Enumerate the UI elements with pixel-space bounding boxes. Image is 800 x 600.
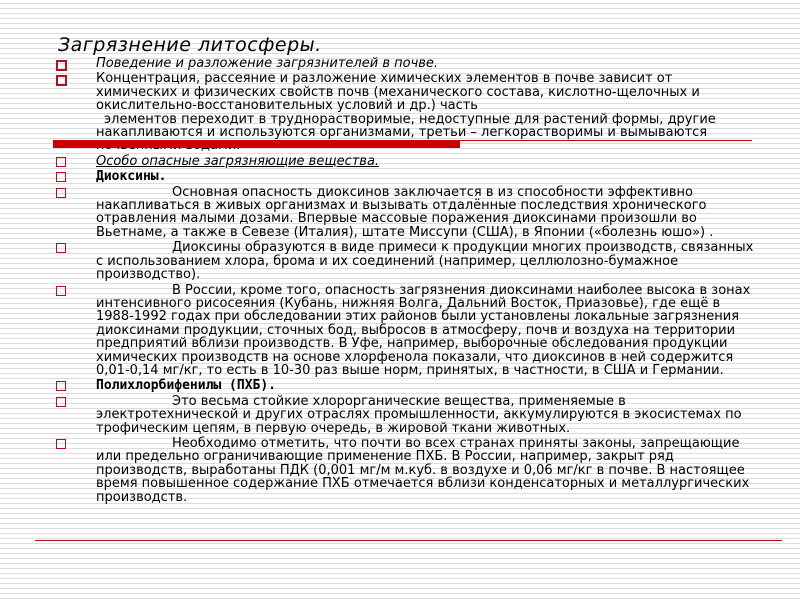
list-item: Необходимо отметить, что почти во всех с…	[56, 437, 756, 504]
item-heading: Диоксины.	[96, 169, 166, 184]
slide: Загрязнение литосферы. Поведение и разло…	[0, 0, 800, 600]
item-text: Основная опасность диоксинов заключается…	[96, 185, 713, 240]
square-bullet-icon	[56, 157, 66, 167]
decorative-red-bar	[53, 140, 460, 148]
square-bullet-icon	[56, 397, 66, 407]
square-bullet-icon	[56, 243, 66, 253]
square-bullet-icon	[56, 439, 66, 449]
bullet-list: Поведение и разложение загрязнителей в п…	[56, 57, 756, 506]
square-bullet-icon	[56, 75, 67, 86]
square-bullet-icon	[56, 381, 66, 391]
square-bullet-icon	[56, 188, 66, 198]
list-item: Поведение и разложение загрязнителей в п…	[56, 57, 756, 70]
square-bullet-icon	[56, 172, 66, 182]
item-text: Особо опасные загрязняющие вещества.	[96, 154, 379, 169]
list-item: В России, кроме того, опасность загрязне…	[56, 284, 756, 378]
list-item: Полихлорбифенилы (ПХБ).	[56, 379, 756, 392]
list-item: Основная опасность диоксинов заключается…	[56, 186, 756, 240]
item-heading: Полихлорбифенилы (ПХБ).	[96, 378, 276, 393]
square-bullet-icon	[56, 60, 67, 71]
square-bullet-icon	[56, 286, 66, 296]
item-text: Диоксины образуются в виде примеси к про…	[96, 240, 753, 282]
item-text: Поведение и разложение загрязнителей в п…	[96, 56, 438, 71]
item-text: Необходимо отметить, что почти во всех с…	[96, 436, 749, 505]
slide-title: Загрязнение литосферы.	[58, 34, 322, 56]
list-item: Диоксины образуются в виде примеси к про…	[56, 241, 756, 281]
item-text: Концентрация, рассеяние и разложение хим…	[96, 71, 700, 113]
item-text: Это весьма стойкие хлорорганические веще…	[96, 394, 742, 436]
decorative-red-line	[460, 140, 752, 141]
list-item: Диоксины.	[56, 170, 756, 183]
decorative-red-line-bottom	[35, 540, 782, 541]
item-text: В России, кроме того, опасность загрязне…	[96, 283, 750, 378]
list-item: Это весьма стойкие хлорорганические веще…	[56, 395, 756, 435]
list-item: Особо опасные загрязняющие вещества.	[56, 155, 756, 168]
